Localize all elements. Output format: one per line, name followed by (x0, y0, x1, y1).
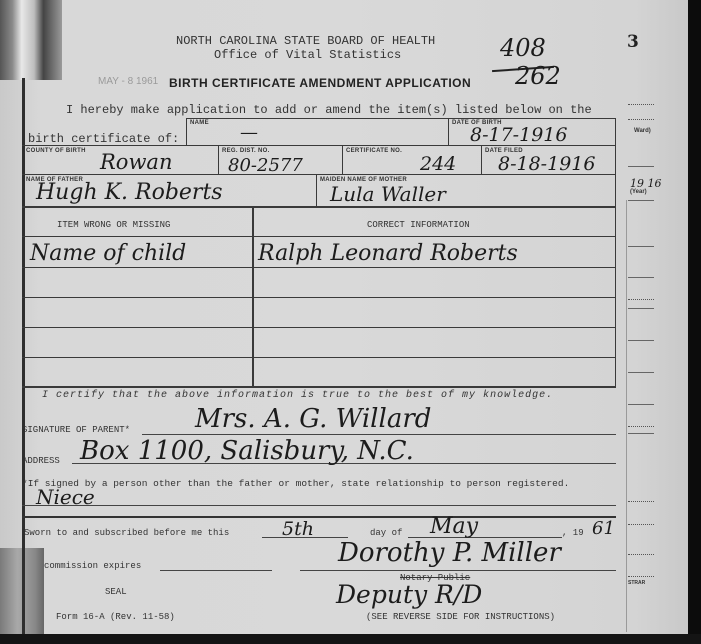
intro-line: I hereby make application to add or amen… (66, 103, 592, 117)
signature-label: SIGNATURE OF PARENT* (22, 425, 130, 435)
rule (22, 206, 616, 208)
day-of-label: day of (370, 528, 402, 538)
address-label: ADDRESS (22, 456, 60, 466)
notary-signature: Dorothy P. Miller (338, 538, 561, 568)
agency-name: NORTH CAROLINA STATE BOARD OF HEALTH (176, 34, 435, 48)
margin-dotted-line (628, 501, 654, 502)
scan-right-edge (688, 0, 701, 644)
notary-title-handwritten: Deputy R/D (336, 580, 482, 609)
margin-dotted-line (628, 299, 654, 300)
year-value: 61 (592, 518, 615, 539)
certify-statement: I certify that the above information is … (42, 390, 553, 401)
county-value: Rowan (100, 150, 172, 174)
certificate-value: 244 (420, 153, 456, 175)
commission-label: commission expires (44, 561, 141, 571)
county-label: COUNTY OF BIRTH (26, 148, 86, 154)
margin-line (628, 166, 654, 167)
sworn-text: Sworn to and subscribed before me this (24, 528, 229, 538)
rule (22, 386, 616, 388)
margin-rule (626, 200, 627, 632)
rule (186, 118, 187, 145)
rule (218, 145, 219, 174)
item-wrong-header: ITEM WRONG OR MISSING (57, 220, 170, 230)
margin-line (628, 372, 654, 373)
left-border-rule (22, 78, 25, 638)
rule (22, 267, 616, 268)
margin-line (628, 404, 654, 405)
scan-bottom-edge (0, 634, 701, 644)
ward-label: Ward) (634, 128, 651, 134)
date-of-birth-value: 8-17-1916 (470, 124, 567, 146)
office-name: Office of Vital Statistics (214, 48, 401, 62)
reg-dist-label: REG. DIST. NO. (222, 148, 270, 154)
signature-line (142, 434, 616, 435)
margin-line (628, 308, 654, 309)
section-divider (22, 516, 616, 518)
margin-line (628, 277, 654, 278)
file-number-top: 408 (500, 34, 546, 62)
rule (186, 118, 616, 119)
rule (252, 206, 254, 386)
margin-dotted-line (628, 104, 654, 105)
rule (22, 236, 616, 237)
birth-cert-of-label: birth certificate of: (28, 132, 179, 146)
form-number: Form 16-A (Rev. 11-58) (56, 612, 175, 622)
rule (316, 174, 317, 206)
correct-info-header: CORRECT INFORMATION (367, 220, 470, 230)
rule (481, 145, 482, 174)
binding-strip-top (0, 0, 62, 80)
rule (22, 297, 616, 298)
year-prefix: , 19 (562, 528, 584, 538)
received-date-stamp: MAY - 8 1961 (98, 76, 158, 87)
certificate-label: CERTIFICATE NO. (346, 148, 402, 154)
margin-dotted-line (628, 119, 654, 120)
month-value: May (430, 514, 478, 539)
margin-dotted-line (628, 524, 654, 525)
signature-value: Mrs. A. G. Willard (195, 404, 431, 434)
name-label: NAME (190, 120, 209, 126)
margin-bottom-label: STRAR (628, 580, 645, 586)
date-filed-value: 8-18-1916 (498, 153, 595, 175)
margin-dotted-line (628, 426, 654, 427)
mother-value: Lula Waller (330, 182, 446, 206)
rule (448, 118, 449, 145)
amendment-correct: Ralph Leonard Roberts (258, 241, 518, 266)
relationship-note: *If signed by a person other than the fa… (22, 478, 569, 489)
amendment-item: Name of child (30, 241, 186, 266)
seal-label: SEAL (105, 587, 127, 597)
commission-line (160, 570, 272, 571)
rule (342, 145, 343, 174)
notary-signature-line (300, 570, 616, 571)
instructions-note: (SEE REVERSE SIDE FOR INSTRUCTIONS) (366, 612, 555, 622)
rule (22, 327, 616, 328)
margin-line (628, 433, 654, 434)
margin-dotted-line (628, 554, 654, 555)
name-value: — (240, 122, 258, 143)
file-number-bottom: 262 (515, 62, 561, 90)
page-number: 3 (627, 32, 639, 52)
year-label: (Year) (630, 189, 647, 195)
rule (615, 118, 616, 387)
margin-line (628, 200, 654, 201)
rule (22, 357, 616, 358)
father-value: Hugh K. Roberts (36, 180, 223, 205)
margin-line (628, 340, 654, 341)
relationship-line (22, 505, 616, 506)
address-value: Box 1100, Salisbury, N.C. (80, 436, 414, 466)
day-value: 5th (282, 518, 314, 540)
margin-dotted-line (628, 576, 654, 577)
form-title: BIRTH CERTIFICATE AMENDMENT APPLICATION (169, 76, 471, 90)
reg-dist-value: 80-2577 (228, 155, 303, 176)
margin-line (628, 246, 654, 247)
